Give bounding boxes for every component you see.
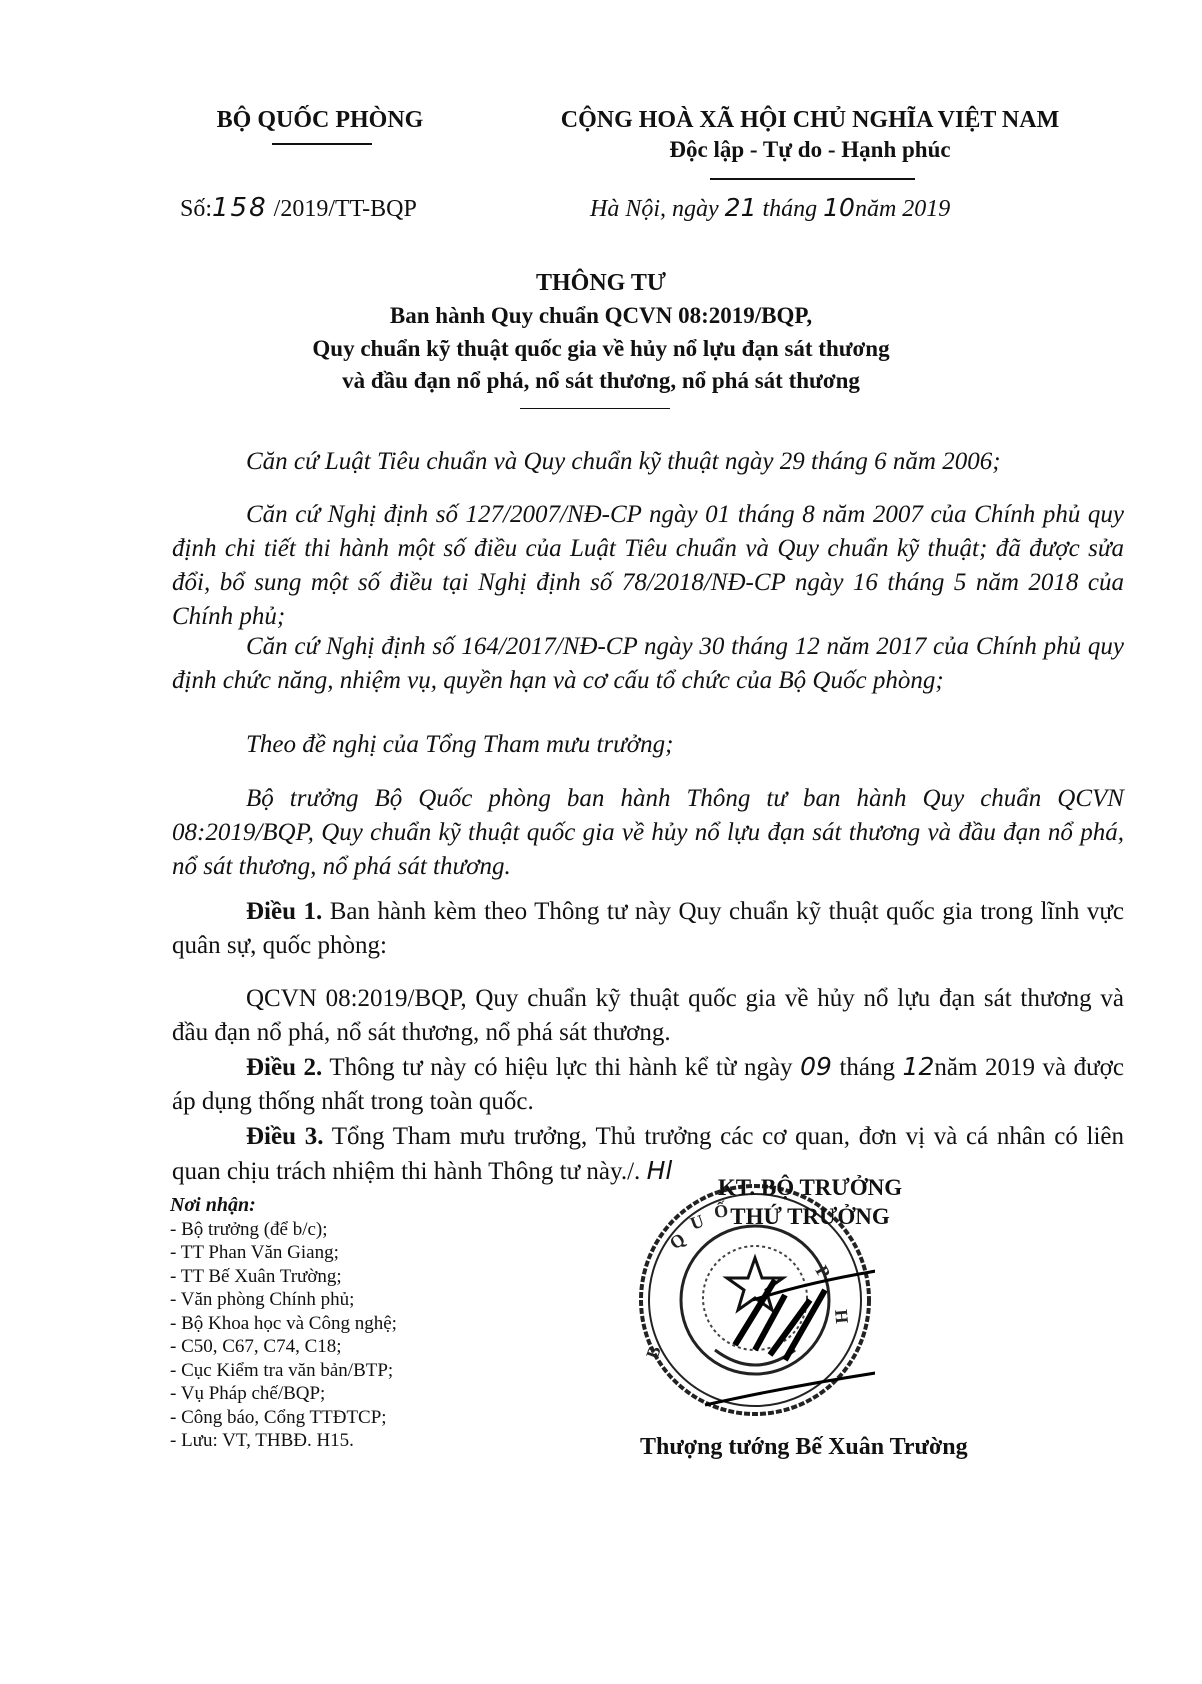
organization-underline xyxy=(272,143,372,145)
signature-title-primary: KT. BỘ TRƯỞNG xyxy=(660,1175,960,1201)
title-line-3: và đầu đạn nổ phá, nổ sát thương, nổ phá… xyxy=(0,368,1202,394)
doc-number-suffix: /2019/TT-BQP xyxy=(268,196,417,222)
preamble-text: Theo đề nghị của Tổng Tham mưu trưởng; xyxy=(246,731,673,758)
article-label: Điều 2. xyxy=(246,1054,322,1081)
svg-text:H: H xyxy=(831,1309,852,1325)
recipient-item: - Cục Kiểm tra văn bản/BTP; xyxy=(170,1359,397,1383)
recipients-list: Nơi nhận: - Bộ trưởng (để b/c); - TT Pha… xyxy=(170,1194,397,1453)
handwritten-day: 21 xyxy=(725,193,757,222)
place-and-date: Hà Nội, ngày 21 tháng 10năm 2019 xyxy=(590,193,950,223)
doc-number-prefix: Số: xyxy=(180,196,212,222)
recipient-item: - Vụ Pháp chế/BQP; xyxy=(170,1382,397,1406)
recipient-item: - Văn phòng Chính phủ; xyxy=(170,1288,397,1312)
handwritten-doc-number: 158 xyxy=(212,193,268,223)
preamble-paragraph: Theo đề nghị của Tổng Tham mưu trưởng; xyxy=(172,728,1124,762)
handwritten-month: 10 xyxy=(823,193,855,222)
national-title: CỘNG HOÀ XÃ HỘI CHỦ NGHĨA VIỆT NAM xyxy=(530,107,1090,134)
article-1-item: QCVN 08:2019/BQP, Quy chuẩn kỹ thuật quố… xyxy=(172,982,1124,1050)
preamble-paragraph: Căn cứ Nghị định số 127/2007/NĐ-CP ngày … xyxy=(172,498,1124,634)
article-label: Điều 1. xyxy=(246,898,322,925)
recipient-item: - C50, C67, C74, C18; xyxy=(170,1335,397,1359)
motto-underline xyxy=(710,178,915,180)
month-label: tháng xyxy=(832,1054,903,1081)
title-line-2: Quy chuẩn kỹ thuật quốc gia về hủy nổ lự… xyxy=(0,336,1202,362)
recipient-item: - TT Bế Xuân Trường; xyxy=(170,1265,397,1289)
svg-text:B: B xyxy=(642,1343,665,1361)
document-type: THÔNG TƯ xyxy=(0,270,1202,297)
preamble-text: Căn cứ Nghị định số 164/2017/NĐ-CP ngày … xyxy=(172,633,1124,694)
title-underline xyxy=(520,408,670,409)
recipient-item: - Bộ trưởng (để b/c); xyxy=(170,1218,397,1242)
place-date-prefix: Hà Nội, ngày xyxy=(590,196,725,222)
year-label: năm 2019 xyxy=(855,196,950,222)
svg-text:Q: Q xyxy=(666,1229,689,1253)
article-text: QCVN 08:2019/BQP, Quy chuẩn kỹ thuật quố… xyxy=(172,985,1124,1046)
preamble-text: Bộ trưởng Bộ Quốc phòng ban hành Thông t… xyxy=(172,785,1124,880)
document-number: Số:158 /2019/TT-BQP xyxy=(180,193,417,223)
recipient-item: - Công báo, Cổng TTĐTCP; xyxy=(170,1406,397,1430)
signer-name: Thượng tướng Bế Xuân Trường xyxy=(640,1434,1040,1461)
preamble-text: Căn cứ Nghị định số 127/2007/NĐ-CP ngày … xyxy=(172,501,1124,630)
handwritten-effective-month: 12 xyxy=(903,1052,935,1081)
article-2: Điều 2. Thông tư này có hiệu lực thi hàn… xyxy=(172,1050,1124,1119)
signature-title-secondary: THỨ TRƯỞNG xyxy=(660,1204,960,1230)
article-1: Điều 1. Ban hành kèm theo Thông tư này Q… xyxy=(172,895,1124,963)
title-line-1: Ban hành Quy chuẩn QCVN 08:2019/BQP, xyxy=(0,303,1202,329)
month-label: tháng xyxy=(756,196,823,222)
recipients-heading: Nơi nhận: xyxy=(170,1194,397,1218)
recipient-item: - TT Phan Văn Giang; xyxy=(170,1241,397,1265)
handwritten-effective-day: 09 xyxy=(800,1052,832,1081)
recipient-item: - Lưu: VT, THBĐ. H15. xyxy=(170,1429,397,1453)
article-label: Điều 3. xyxy=(246,1123,323,1150)
national-motto: Độc lập - Tự do - Hạnh phúc xyxy=(600,137,1020,163)
preamble-paragraph: Căn cứ Nghị định số 164/2017/NĐ-CP ngày … xyxy=(172,630,1124,698)
preamble-text: Căn cứ Luật Tiêu chuẩn và Quy chuẩn kỹ t… xyxy=(246,448,1001,475)
issuing-organization: BỘ QUỐC PHÒNG xyxy=(200,107,440,134)
recipient-item: - Bộ Khoa học và Công nghệ; xyxy=(170,1312,397,1336)
article-text: Thông tư này có hiệu lực thi hành kể từ … xyxy=(322,1054,800,1081)
preamble-paragraph: Bộ trưởng Bộ Quốc phòng ban hành Thông t… xyxy=(172,782,1124,884)
preamble-paragraph: Căn cứ Luật Tiêu chuẩn và Quy chuẩn kỹ t… xyxy=(172,445,1124,479)
article-3: Điều 3. Tổng Tham mưu trưởng, Thủ trưởng… xyxy=(172,1120,1124,1189)
